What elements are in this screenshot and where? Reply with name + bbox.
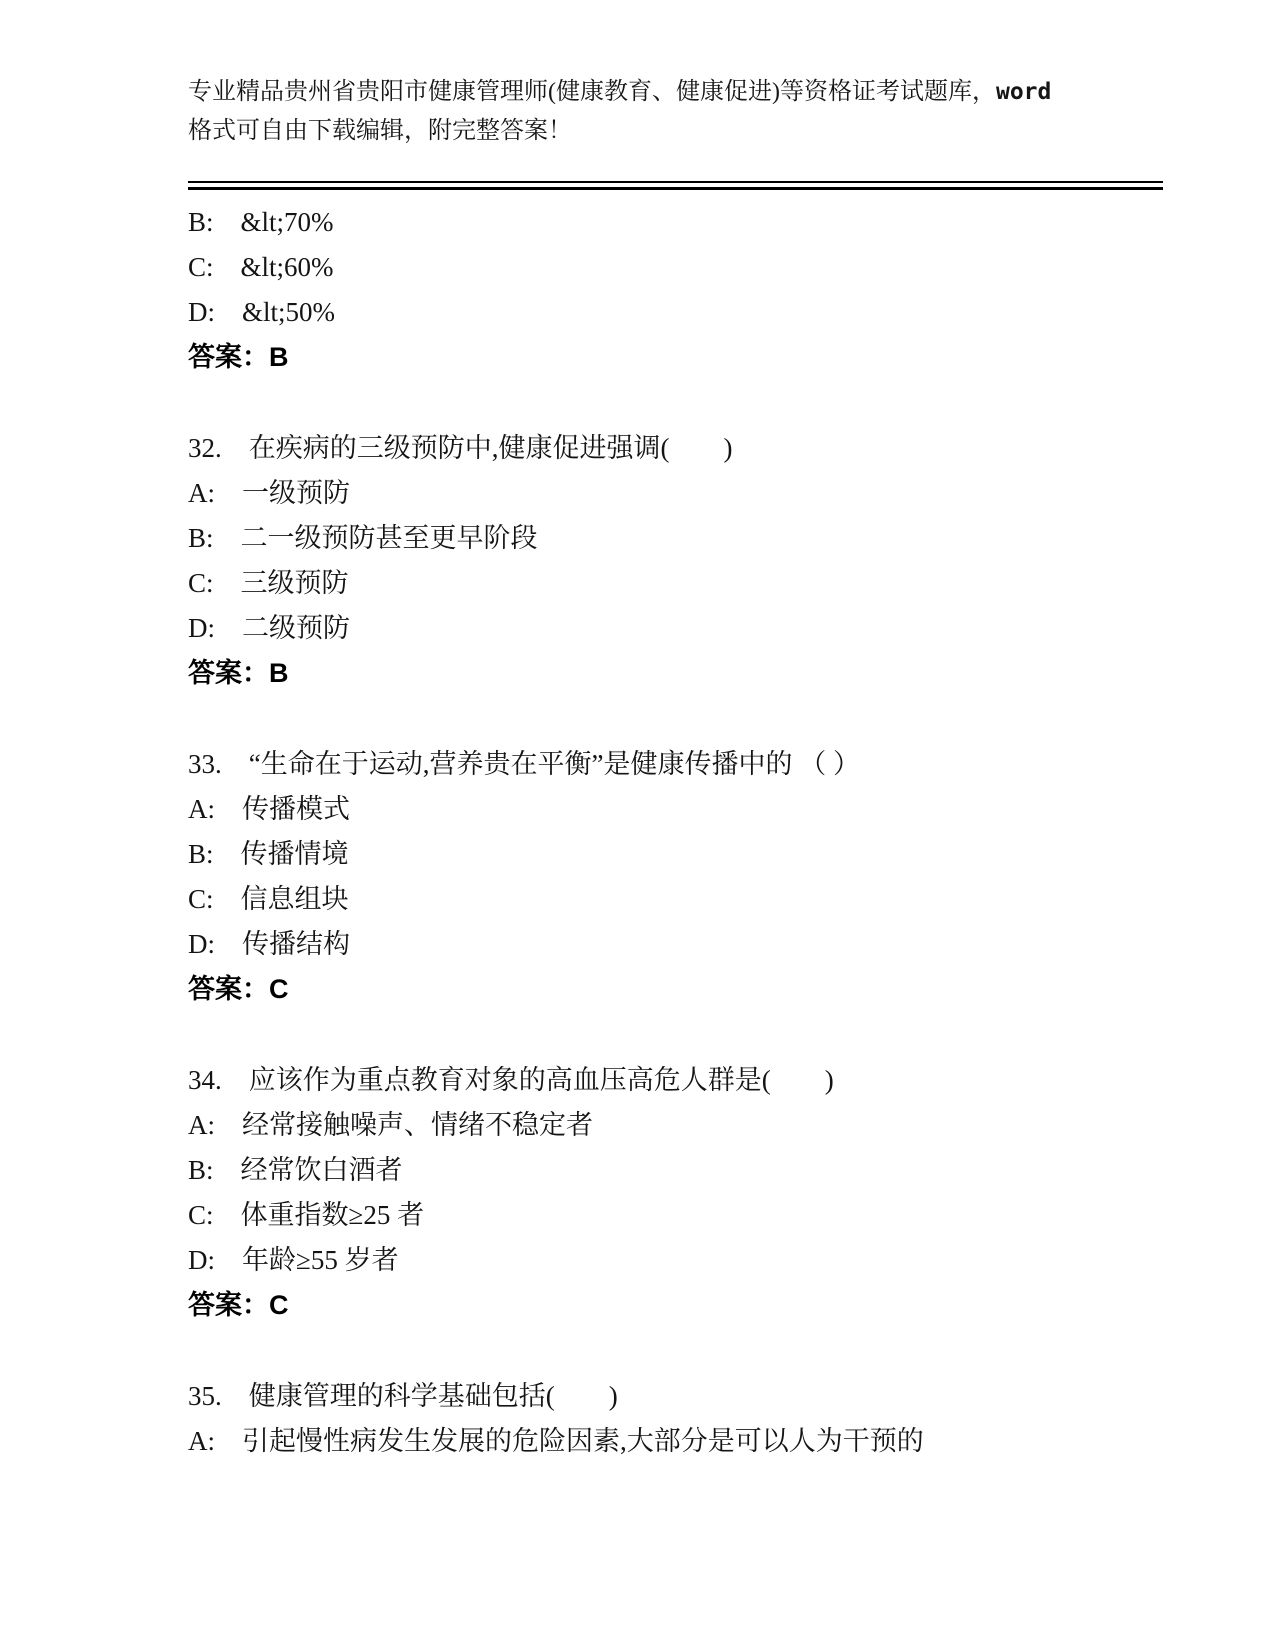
- header-line2-text: 格式可自由下载编辑，附完整答案！: [188, 118, 572, 144]
- option-line-a: A: 经常接触噪声、情绪不稳定者: [188, 1103, 1163, 1148]
- question-35: 35. 健康管理的科学基础包括( ) A: 引起慢性病发生发展的危险因素,大部分…: [188, 1374, 1163, 1464]
- question-line: 32. 在疾病的三级预防中,健康促进强调( ): [188, 426, 1163, 471]
- answer-line: 答案：C: [188, 1283, 1163, 1328]
- option-line-d: D: &lt;50%: [188, 290, 1163, 335]
- option-line-b: B: 二一级预防甚至更早阶段: [188, 516, 1163, 561]
- answer-line: 答案：B: [188, 651, 1163, 696]
- option-line-d: D: 年龄≥55 岁者: [188, 1238, 1163, 1283]
- page-header: 专业精品贵州省贵阳市健康管理师(健康教育、健康促进)等资格证考试题库，word格…: [188, 0, 1163, 151]
- question-33: 33. “生命在于运动,营养贵在平衡”是健康传播中的 （ ） A: 传播模式 B…: [188, 742, 1163, 1012]
- option-line-b: B: &lt;70%: [188, 200, 1163, 245]
- question-32: 32. 在疾病的三级预防中,健康促进强调( ) A: 一级预防 B: 二一级预防…: [188, 426, 1163, 696]
- option-line-c: C: 体重指数≥25 者: [188, 1193, 1163, 1238]
- question-34: 34. 应该作为重点教育对象的高血压高危人群是( ) A: 经常接触噪声、情绪不…: [188, 1058, 1163, 1328]
- option-line-c: C: 信息组块: [188, 877, 1163, 922]
- option-line-d: D: 二级预防: [188, 606, 1163, 651]
- answer-line: 答案：B: [188, 335, 1163, 380]
- header-line1-word: word: [996, 79, 1051, 105]
- question-line: 34. 应该作为重点教育对象的高血压高危人群是( ): [188, 1058, 1163, 1103]
- question-31-continuation: B: &lt;70% C: &lt;60% D: &lt;50% 答案：B: [188, 200, 1163, 380]
- option-line-c: C: 三级预防: [188, 561, 1163, 606]
- option-line-a: A: 引起慢性病发生发展的危险因素,大部分是可以人为干预的: [188, 1419, 1163, 1464]
- answer-line: 答案：C: [188, 967, 1163, 1012]
- question-line: 33. “生命在于运动,营养贵在平衡”是健康传播中的 （ ）: [188, 742, 1163, 787]
- option-line-a: A: 一级预防: [188, 471, 1163, 516]
- option-line-b: B: 经常饮白酒者: [188, 1148, 1163, 1193]
- question-line: 35. 健康管理的科学基础包括( ): [188, 1374, 1163, 1419]
- option-line-c: C: &lt;60%: [188, 245, 1163, 290]
- option-line-d: D: 传播结构: [188, 922, 1163, 967]
- option-line-b: B: 传播情境: [188, 832, 1163, 877]
- header-line1-text: 专业精品贵州省贵阳市健康管理师(健康教育、健康促进)等资格证考试题库，: [188, 79, 996, 105]
- document-content: 专业精品贵州省贵阳市健康管理师(健康教育、健康促进)等资格证考试题库，word格…: [188, 0, 1163, 1464]
- option-line-a: A: 传播模式: [188, 787, 1163, 832]
- document-page: 专业精品贵州省贵阳市健康管理师(健康教育、健康促进)等资格证考试题库，word格…: [0, 0, 1275, 1650]
- header-separator-line: [188, 181, 1163, 190]
